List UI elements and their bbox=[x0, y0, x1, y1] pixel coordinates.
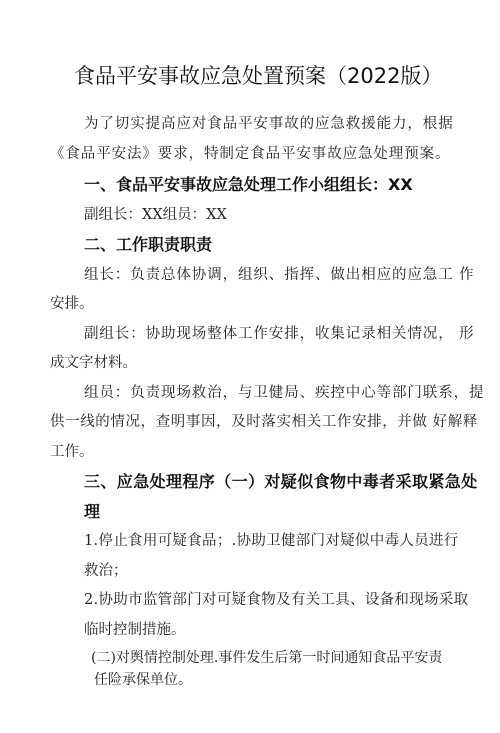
section2-heading: 二、工作职责职责 bbox=[84, 232, 212, 255]
section3-heading-line-2: 理 bbox=[84, 499, 100, 522]
section1-line: 副组长：XX组员：XX bbox=[84, 203, 227, 224]
item1-line-1: 1.停止食用可疑食品；.协助卫健部门对疑似中毒人员进行 bbox=[84, 529, 459, 550]
document-title: 食品平安事故应急处置预案（2022版） bbox=[74, 60, 442, 90]
leader-duty-line-2: 安排。 bbox=[50, 292, 94, 313]
sub2-line-2: 任险承保单位。 bbox=[94, 669, 192, 689]
sub2-line-1: (二)对舆情控制处理.事件发生后第一时间通知食品平安责 bbox=[91, 647, 442, 667]
intro-line-2: 《食品平安法》要求，特制定食品平安事故应急处理预案。 bbox=[50, 142, 450, 163]
item2-line-1: 2.协助市监管部门对可疑食物及有关工具、设备和现场采取 bbox=[84, 588, 468, 609]
member-duty-line-2: 供一线的情况，查明事因，及时落实相关工作安排，并做 好解释 bbox=[50, 410, 478, 431]
item1-line-2: 救治； bbox=[84, 559, 128, 580]
member-duty-line-1: 组员：负责现场救治，与卫健局、疾控中心等部门联系，提 bbox=[84, 381, 484, 402]
deputy-duty-line-1: 副组长：协助现场整体工作安排，收集记录相关情况， 形 bbox=[84, 322, 475, 343]
item2-line-2: 临时控制措施。 bbox=[84, 618, 186, 639]
intro-line-1: 为了切实提高应对食品平安事故的应急救援能力，根据 bbox=[84, 112, 454, 133]
leader-duty-line-1: 组长：负责总体协调，组织、指挥、做出相应的应急工 作 bbox=[84, 263, 475, 284]
section1-heading: 一、食品平安事故应急处理工作小组组长：XX bbox=[84, 172, 413, 195]
member-duty-line-3: 工作。 bbox=[50, 440, 94, 461]
section3-heading-line-1: 三、应急处理程序（一）对疑似食物中毒者采取紧急处 bbox=[84, 469, 478, 492]
deputy-duty-line-2: 成文字材料。 bbox=[50, 351, 137, 372]
